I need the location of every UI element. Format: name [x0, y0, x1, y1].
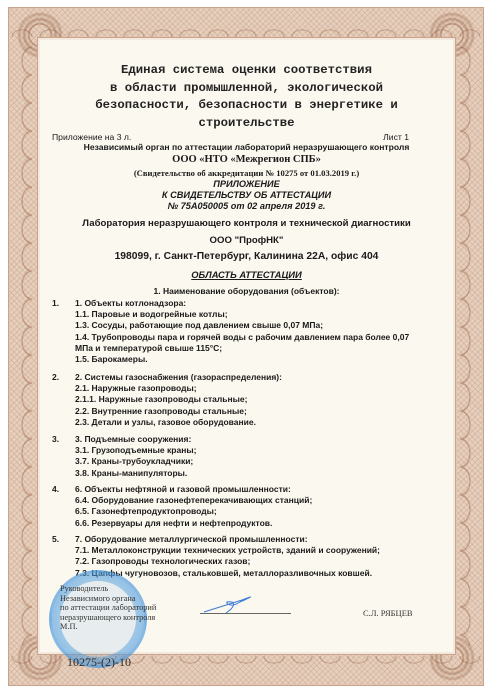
list-line: 6.5. Газонефтепродуктопроводы;	[75, 506, 435, 517]
list-line: 1.5. Барокамеры.	[75, 354, 435, 365]
list-number: 4.	[52, 484, 72, 495]
list-number: 3.	[52, 434, 72, 445]
list-number: 5.	[52, 534, 72, 545]
list-line: 6. Объекты нефтяной и газовой промышленн…	[75, 484, 435, 495]
issuer-body: Независимый орган по аттестации лаборато…	[40, 142, 453, 152]
list-number: 2.	[52, 372, 72, 383]
sheet-number: Лист 1	[383, 132, 409, 142]
list-line: МПа и температурой свыше 115°С;	[75, 343, 435, 354]
laboratory-org: ООО "ПрофНК"	[40, 235, 453, 246]
appendix-title: ПРИЛОЖЕНИЕ	[40, 179, 453, 189]
list-line: 7.1. Металлоконструкции технических устр…	[75, 545, 435, 556]
system-title: Единая система оценки соответствия в обл…	[40, 62, 453, 132]
accreditation-note: (Свидетельство об аккредитации № 10275 о…	[40, 168, 453, 178]
title-line: строительстве	[40, 115, 453, 133]
border-ornament-right	[460, 47, 476, 646]
signature-line	[200, 613, 291, 614]
list-line: 3.1. Грузоподъемные краны;	[75, 445, 435, 456]
role-line: по аттестации лабораторий	[60, 603, 156, 613]
signature-icon	[202, 590, 272, 614]
role-line: Независимого органа	[60, 594, 156, 604]
list-line: 2.1. Наружные газопроводы;	[75, 383, 435, 394]
list-line: 3.7. Краны-трубоукладчики;	[75, 456, 435, 467]
list-line: 2.1.1. Наружные газопроводы стальные;	[75, 394, 435, 405]
signatory-role: Руководитель Независимого органа по атте…	[60, 584, 156, 632]
list-line: 6.6. Резервуары для нефти и нефтепродукт…	[75, 518, 435, 529]
scope-title: ОБЛАСТЬ АТТЕСТАЦИИ	[40, 269, 453, 280]
list-line: 7. Оборудование металлургической промышл…	[75, 534, 435, 545]
certificate-number: № 75А050005 от 02 апреля 2019 г.	[40, 201, 453, 211]
list-line: 2. Системы газоснабжения (газораспределе…	[75, 372, 435, 383]
laboratory-name: Лаборатория неразрушающего контроля и те…	[40, 218, 453, 229]
role-line: Руководитель	[60, 584, 156, 594]
issuer-org: ООО «НТО «Межрегион СПБ»	[40, 154, 453, 165]
role-line: М.П.	[60, 622, 156, 632]
title-line: Единая система оценки соответствия	[40, 62, 453, 80]
border-ornament-left	[16, 47, 32, 646]
title-line: в области промышленной, экологической	[40, 80, 453, 98]
document-code: 10275-(2)-10	[67, 655, 131, 670]
title-line: безопасности, безопасности в энергетике …	[40, 97, 453, 115]
list-line: 2.2. Внутренние газопроводы стальные;	[75, 406, 435, 417]
list-line: 1.4. Трубопроводы пара и горячей воды с …	[75, 332, 435, 343]
role-line: неразрушающего контроля	[60, 613, 156, 623]
list-number: 1.	[52, 298, 72, 309]
laboratory-address: 198099, г. Санкт-Петербург, Калинина 22А…	[40, 251, 453, 262]
scope-section: 1. Наименование оборудования (объектов):	[40, 286, 453, 296]
document-page: Единая система оценки соответствия в обл…	[40, 40, 453, 652]
list-line: 6.4. Оборудование газонефтеперекачивающи…	[75, 495, 435, 506]
list-line: 7.3. Цапфы чугуновозов, стальковшей, мет…	[75, 568, 435, 579]
border-ornament-top	[8, 21, 484, 37]
list-line: 2.3. Детали и узлы, газовое оборудование…	[75, 417, 435, 428]
list-line: 1.3. Сосуды, работающие под давлением св…	[75, 320, 435, 331]
list-line: 3.8. Краны-манипуляторы.	[75, 468, 435, 479]
list-line: 1.1. Паровые и водогрейные котлы;	[75, 309, 435, 320]
signer-name: С.Л. РЯБЦЕВ	[363, 608, 413, 618]
list-line: 1. Объекты котлонадзора:	[75, 298, 435, 309]
list-line: 7.2. Газопроводы технологических газов;	[75, 556, 435, 567]
list-line: 3. Подъемные сооружения:	[75, 434, 435, 445]
appendix-subtitle: К СВИДЕТЕЛЬСТВУ ОБ АТТЕСТАЦИИ	[40, 190, 453, 200]
